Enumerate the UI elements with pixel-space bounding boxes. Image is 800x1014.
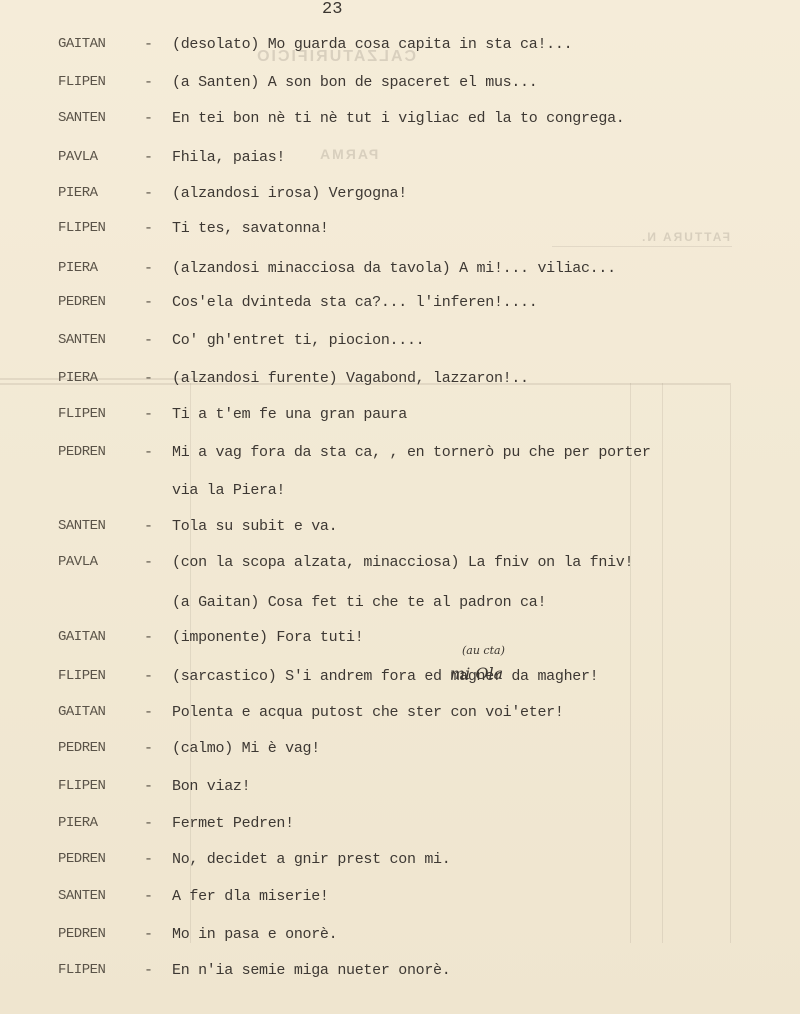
speaker-name: SANTEN [58,888,144,904]
separator-dash: - [144,554,172,571]
speech-text: En tei bon nè ti nè tut i vigliac ed la … [172,110,624,127]
dialogue-line: PEDREN-No, decidet a gnir prest con mi. [58,847,788,871]
speech-text: No, decidet a gnir prest con mi. [172,851,450,868]
separator-dash: - [144,185,172,202]
speaker-name: PEDREN [58,851,144,867]
speaker-name: SANTEN [58,332,144,348]
separator-dash: - [144,888,172,905]
speaker-name: FLIPEN [58,668,144,684]
speaker-name: GAITAN [58,704,144,720]
speech-text: (a Santen) A son bon de spaceret el mus.… [172,74,537,91]
separator-dash: - [144,815,172,832]
dialogue-line: FLIPEN-En n'ia semie miga nueter onorè. [58,958,788,982]
dialogue-line: FLIPEN-(a Santen) A son bon de spaceret … [58,70,788,94]
speech-text: (con la scopa alzata, minacciosa) La fni… [172,554,633,571]
speaker-name: PAVLA [58,149,144,165]
speaker-name: PIERA [58,370,144,386]
speech-text: (sarcastico) S'i andrem fora ed magner d… [172,668,598,685]
speaker-name: PEDREN [58,740,144,756]
speech-text: Ti a t'em fe una gran paura [172,406,407,423]
separator-dash: - [144,926,172,943]
separator-dash: - [144,149,172,166]
speech-text: Polenta e acqua putost che ster con voi'… [172,704,564,721]
dialogue-line: PIERA-(alzandosi irosa) Vergogna! [58,181,788,205]
page-number: 23 [322,0,342,19]
speaker-name: GAITAN [58,629,144,645]
separator-dash: - [144,518,172,535]
separator-dash: - [144,740,172,757]
speech-text: Fermet Pedren! [172,815,294,832]
speech-text: Bon viaz! [172,778,250,795]
separator-dash: - [144,778,172,795]
dialogue-line: FLIPEN-Ti a t'em fe una gran paura [58,402,788,426]
dialogue-line: PAVLA-Fhila, paias! [58,145,788,169]
dialogue-line: PEDREN-Mi a vag fora da sta ca, , en tor… [58,440,788,464]
dialogue-line: via la Piera! [58,478,788,502]
speech-text: A fer dla miserie! [172,888,329,905]
separator-dash: - [144,629,172,646]
speech-text: Ti tes, savatonna! [172,220,329,237]
speaker-name: PEDREN [58,444,144,460]
dialogue-line: PEDREN-Cos'ela dvinteda sta ca?... l'inf… [58,290,788,314]
speaker-name: PAVLA [58,554,144,570]
dialogue-line: SANTEN-En tei bon nè ti nè tut i vigliac… [58,106,788,130]
speaker-name: FLIPEN [58,74,144,90]
dialogue-line: GAITAN-Polenta e acqua putost che ster c… [58,700,788,724]
bleed-rule [552,246,732,247]
speaker-name: PEDREN [58,294,144,310]
speech-text: (calmo) Mi è vag! [172,740,320,757]
dialogue-line: SANTEN-Co' gh'entret ti, piocion.... [58,328,788,352]
separator-dash: - [144,110,172,127]
dialogue-line: (a Gaitan) Cosa fet ti che te al padron … [58,590,788,614]
speech-text: Mo in pasa e onorè. [172,926,337,943]
dialogue-line: GAITAN-(imponente) Fora tuti! [58,625,788,649]
separator-dash: - [144,220,172,237]
dialogue-line: PIERA-(alzandosi furente) Vagabond, lazz… [58,366,788,390]
speaker-name: PIERA [58,260,144,276]
separator-dash: - [144,962,172,979]
dialogue-line: PAVLA-(con la scopa alzata, minacciosa) … [58,550,788,574]
dialogue-line: PIERA-(alzandosi minacciosa da tavola) A… [58,256,788,280]
dialogue-line: GAITAN-(desolato) Mo guarda cosa capita … [58,32,788,56]
dialogue-line: SANTEN-A fer dla miserie! [58,884,788,908]
handwritten-annotation-inline: mi Ola [450,664,503,683]
speech-text: En n'ia semie miga nueter onorè. [172,962,450,979]
typewritten-page: CALZATURIFICIO PARMA FATTURA N. 23 GAITA… [0,0,800,1014]
speaker-name: GAITAN [58,36,144,52]
speech-text: (a Gaitan) Cosa fet ti che te al padron … [172,594,546,611]
dialogue-line: FLIPEN-Bon viaz! [58,774,788,798]
speaker-name: PEDREN [58,926,144,942]
speaker-name: FLIPEN [58,962,144,978]
speech-text: via la Piera! [172,482,285,499]
speech-text: Co' gh'entret ti, piocion.... [172,332,424,349]
speech-text: (imponente) Fora tuti! [172,629,363,646]
speaker-name: SANTEN [58,110,144,126]
speaker-name: FLIPEN [58,778,144,794]
dialogue-line: PEDREN-Mo in pasa e onorè. [58,922,788,946]
separator-dash: - [144,36,172,53]
speech-text: Mi a vag fora da sta ca, , en tornerò pu… [172,444,651,461]
speech-text: (alzandosi minacciosa da tavola) A mi!..… [172,260,616,277]
speech-text: (alzandosi irosa) Vergogna! [172,185,407,202]
speaker-name: PIERA [58,815,144,831]
speech-text: Cos'ela dvinteda sta ca?... l'inferen!..… [172,294,537,311]
speaker-name: PIERA [58,185,144,201]
separator-dash: - [144,851,172,868]
dialogue-line: PEDREN-(calmo) Mi è vag! [58,736,788,760]
speaker-name: SANTEN [58,518,144,534]
separator-dash: - [144,444,172,461]
dialogue-line: FLIPEN-Ti tes, savatonna! [58,216,788,240]
speech-text: (alzandosi furente) Vagabond, lazzaron!.… [172,370,529,387]
handwritten-annotation-above: (au cta) [462,644,505,657]
speaker-name: FLIPEN [58,220,144,236]
dialogue-line: FLIPEN-(sarcastico) S'i andrem fora ed m… [58,664,788,688]
separator-dash: - [144,668,172,685]
separator-dash: - [144,294,172,311]
speaker-name: FLIPEN [58,406,144,422]
dialogue-line: PIERA-Fermet Pedren! [58,811,788,835]
separator-dash: - [144,74,172,91]
separator-dash: - [144,406,172,423]
separator-dash: - [144,260,172,277]
separator-dash: - [144,704,172,721]
speech-text: Fhila, paias! [172,149,285,166]
speech-text: (desolato) Mo guarda cosa capita in sta … [172,36,572,53]
speech-text: Tola su subit e va. [172,518,337,535]
separator-dash: - [144,332,172,349]
dialogue-line: SANTEN-Tola su subit e va. [58,514,788,538]
separator-dash: - [144,370,172,387]
